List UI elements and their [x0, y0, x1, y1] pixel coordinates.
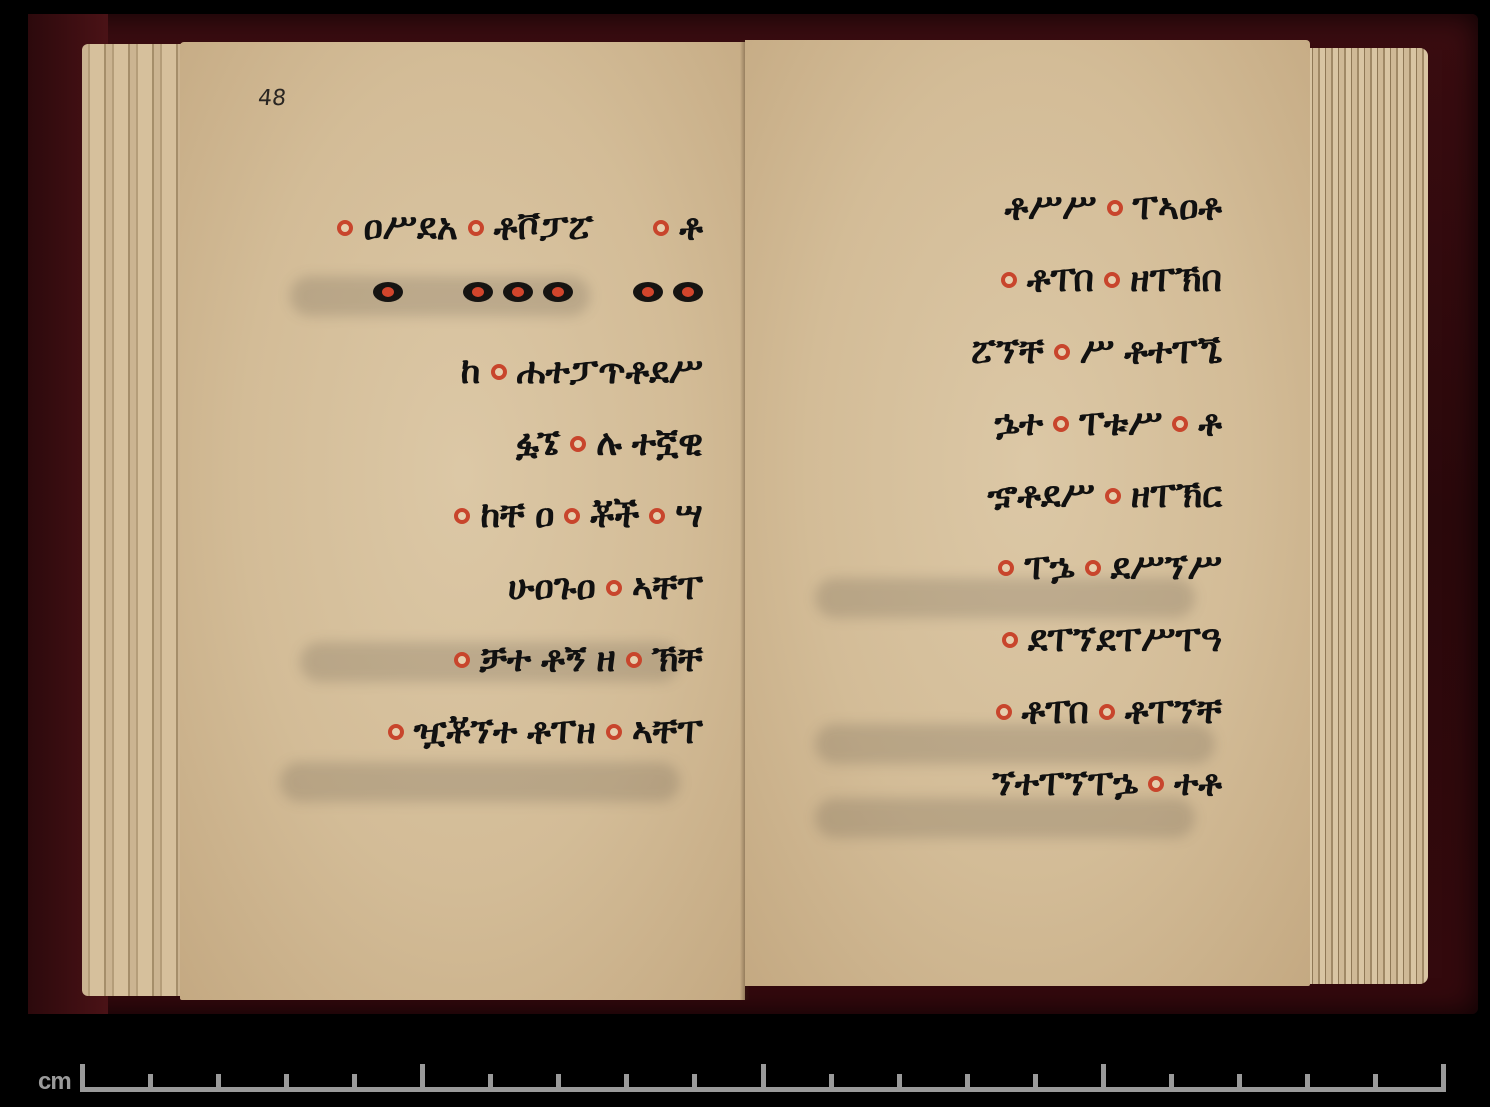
script-word: ደፐኘደፐሥፐዓ	[1028, 622, 1222, 658]
manuscript-line: ሁዐጉዐኣቸፐ	[508, 570, 703, 606]
red-word-divider-icon	[570, 436, 586, 452]
scale-tick	[761, 1064, 766, 1092]
script-word: ፐኌ	[1024, 550, 1074, 586]
red-word-divider-icon	[454, 652, 470, 668]
red-word-divider-icon	[1054, 344, 1070, 360]
script-word: ዘፐኽበ	[1130, 262, 1222, 298]
red-word-divider-icon	[1105, 488, 1121, 504]
red-word-divider-icon	[998, 560, 1014, 576]
script-word: ቶቮፓፘ	[494, 210, 594, 246]
red-black-punctuation-mark-icon	[673, 282, 703, 302]
red-word-divider-icon	[653, 220, 669, 236]
red-word-divider-icon	[996, 704, 1012, 720]
scale-tick	[965, 1074, 970, 1092]
red-word-divider-icon	[626, 652, 642, 668]
manuscript-line: ቶፐበዘፐኽበ	[1001, 262, 1222, 298]
ink-offset-smudge	[815, 798, 1195, 838]
red-word-divider-icon	[1099, 704, 1115, 720]
script-word: ተቶ	[1174, 766, 1222, 802]
script-word: ቶ	[679, 210, 703, 246]
script-word: ፘኘቸ	[971, 334, 1044, 370]
script-word: ቶፐዘ	[527, 714, 596, 750]
scale-tick	[624, 1074, 629, 1092]
scale-tick	[352, 1074, 357, 1092]
script-word: ፏኜ	[516, 426, 560, 462]
scale-tick	[1169, 1074, 1174, 1092]
script-word: ኣቸፐ	[632, 570, 703, 606]
red-word-divider-icon	[388, 724, 404, 740]
manuscript-line: ከቸዐቾችሣ	[454, 498, 703, 534]
script-word: ቶፐበ	[1022, 694, 1089, 730]
manuscript-line: ቶፐበቶፐኘቸ	[996, 694, 1222, 730]
script-word: ደሥኘሥ	[1111, 550, 1222, 586]
scale-tick	[1033, 1074, 1038, 1092]
red-black-punctuation-mark-icon	[503, 282, 533, 302]
script-word: ኇቶደሥ	[988, 478, 1095, 514]
scale-tick	[148, 1074, 153, 1092]
red-word-divider-icon	[337, 220, 353, 236]
manuscript-line: ቻተቶኝዘኽቸ	[454, 642, 704, 678]
manuscript-line: ኇቶደሥዘፐኽር	[988, 478, 1222, 514]
scale-unit-label: cm	[38, 1068, 71, 1096]
script-word: ፐቱሥ	[1079, 406, 1162, 442]
red-word-divider-icon	[1085, 560, 1101, 576]
red-word-divider-icon	[649, 508, 665, 524]
manuscript-line: ቶሥሥፐኣዐቶ	[1005, 190, 1222, 226]
red-word-divider-icon	[468, 220, 484, 236]
script-word: ሁዐጉዐ	[508, 570, 596, 606]
scale-tick	[420, 1064, 425, 1092]
script-word: ኘተፐኘፐኌ	[992, 766, 1138, 802]
red-word-divider-icon	[564, 508, 580, 524]
scale-tick	[692, 1074, 697, 1092]
scale-tick	[1101, 1064, 1106, 1092]
red-word-divider-icon	[1148, 776, 1164, 792]
script-word: ሣ	[675, 498, 703, 534]
script-word: ሉ	[596, 426, 622, 462]
script-word: ከቸ	[480, 498, 525, 534]
centimeter-scale-bar	[80, 1062, 1446, 1092]
script-word: ከ	[461, 354, 481, 390]
manuscript-line: ዐሥደአቶቮፓፘቶ	[337, 210, 703, 246]
script-word: ቶፐበ	[1027, 262, 1094, 298]
red-word-divider-icon	[454, 508, 470, 524]
red-word-divider-icon	[1002, 632, 1018, 648]
scale-tick	[1441, 1064, 1446, 1092]
left-page-stack	[82, 44, 192, 996]
red-word-divider-icon	[1053, 416, 1069, 432]
red-black-punctuation-mark-icon	[543, 282, 573, 302]
red-word-divider-icon	[1001, 272, 1017, 288]
script-word: ቶሥሥ	[1005, 190, 1097, 226]
right-page: ቶሥሥፐኣዐቶቶፐበዘፐኽበፘኘቸሥቶተፐጜኌተፐቱሥቶኇቶደሥዘፐኽርፐኌደሥ…	[745, 40, 1310, 986]
script-word: ፐኣዐቶ	[1133, 190, 1222, 226]
red-word-divider-icon	[1172, 416, 1188, 432]
script-word: ዐ	[535, 498, 554, 534]
script-word: ተኟዊ	[632, 426, 703, 462]
script-word: ዘ	[596, 642, 616, 678]
script-word: ኣቸፐ	[632, 714, 703, 750]
script-word: ሐተፓጥቶደሥ	[517, 354, 703, 390]
script-word: ዘፐኽር	[1131, 478, 1222, 514]
folio-number: 48	[257, 86, 288, 111]
red-black-punctuation-mark-icon	[633, 282, 663, 302]
manuscript-line: ደፐኘደፐሥፐዓ	[1002, 622, 1222, 658]
script-word: ቻተ	[480, 642, 532, 678]
red-word-divider-icon	[606, 580, 622, 596]
script-word: ቶተፐጜ	[1124, 334, 1222, 370]
scale-tick	[556, 1074, 561, 1092]
scale-tick	[488, 1074, 493, 1092]
scale-tick	[216, 1074, 221, 1092]
red-word-divider-icon	[1107, 200, 1123, 216]
red-word-divider-icon	[1104, 272, 1120, 288]
script-word: ኌተ	[995, 406, 1044, 442]
scale-tick	[829, 1074, 834, 1092]
manuscript-line: ፘኘቸሥቶተፐጜ	[971, 334, 1222, 370]
script-word: ቶ	[1198, 406, 1222, 442]
manuscript-line: ፏኜሉተኟዊ	[516, 426, 703, 462]
scale-tick	[1373, 1074, 1378, 1092]
script-word: ሥ	[1080, 334, 1114, 370]
scale-tick	[1305, 1074, 1310, 1092]
script-word: ቶፐኘቸ	[1125, 694, 1222, 730]
manuscript-line: ኌተፐቱሥቶ	[995, 406, 1222, 442]
script-word: ቶኝ	[541, 642, 586, 678]
scale-tick	[284, 1074, 289, 1092]
scale-tick	[80, 1064, 85, 1092]
script-word: ዐሥደአ	[363, 210, 457, 246]
manuscript-line: ኘተፐኘፐኌተቶ	[992, 766, 1222, 802]
script-word: ቾች	[590, 498, 639, 534]
manuscript-line: ፐኌደሥኘሥ	[998, 550, 1222, 586]
scale-tick	[897, 1074, 902, 1092]
scale-tick	[1237, 1074, 1242, 1092]
script-word: ዧቾኘተ	[414, 714, 518, 750]
ink-offset-smudge	[280, 762, 680, 802]
red-word-divider-icon	[491, 364, 507, 380]
manuscript-line: ከሐተፓጥቶደሥ	[461, 354, 703, 390]
right-page-stack	[1300, 48, 1428, 984]
manuscript-line: ዧቾኘተቶፐዘኣቸፐ	[388, 714, 703, 750]
left-page: 48 ዐሥደአቶቮፓፘቶከሐተፓጥቶደሥፏኜሉተኟዊከቸዐቾችሣሁዐጉዐኣቸፐቻ…	[180, 42, 745, 1000]
script-word: ኽቸ	[652, 642, 703, 678]
red-black-punctuation-mark-icon	[463, 282, 493, 302]
red-black-punctuation-mark-icon	[373, 282, 403, 302]
red-word-divider-icon	[606, 724, 622, 740]
manuscript-line	[373, 282, 703, 302]
